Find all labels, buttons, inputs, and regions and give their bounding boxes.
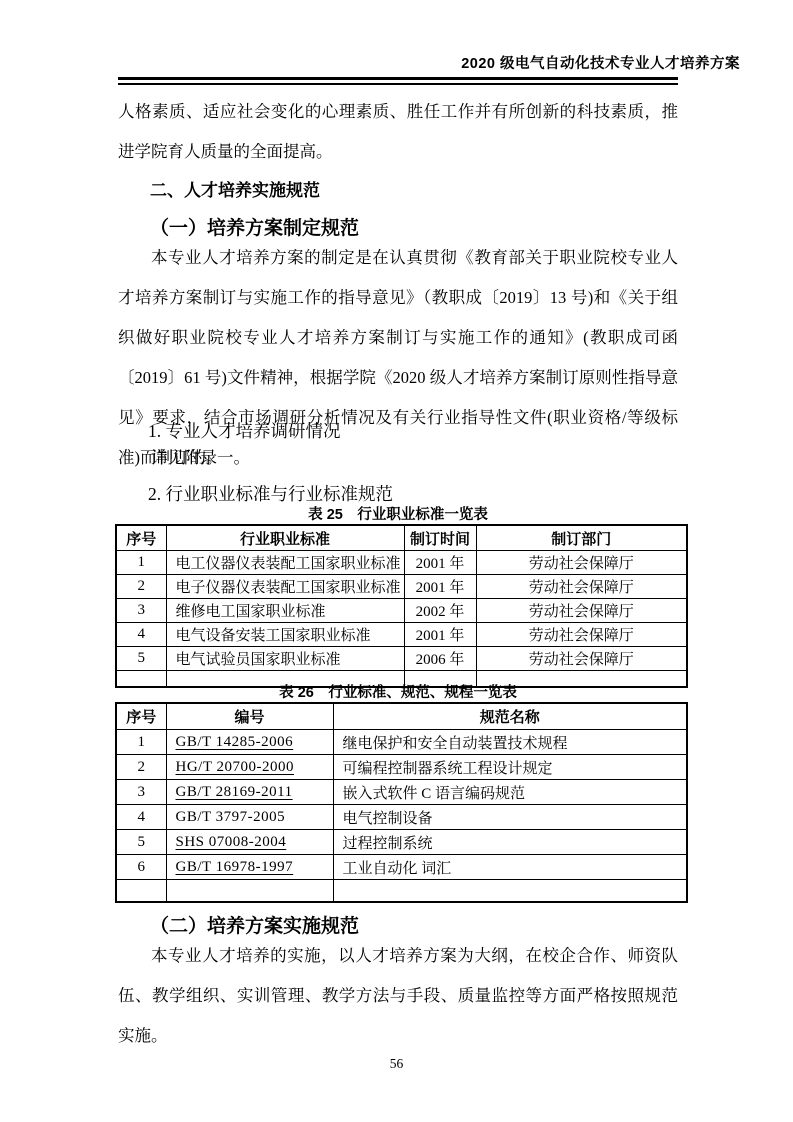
cell-code: SHS 07008-2004 <box>166 830 333 855</box>
subsection-heading-1: （一）培养方案制定规范 <box>150 213 359 240</box>
cell-code: GB/T 16978-1997 <box>166 855 333 880</box>
cell-year: 2001 年 <box>404 575 476 599</box>
cell-no: 4 <box>116 805 166 830</box>
cell-no: 1 <box>116 551 166 575</box>
table-25-header-no: 序号 <box>116 525 166 551</box>
cell-dept: 劳动社会保障厅 <box>476 623 687 647</box>
subsection-heading-2: （二）培养方案实施规范 <box>150 911 359 938</box>
cell-no: 2 <box>116 755 166 780</box>
table-row: 1 GB/T 14285-2006 继电保护和安全自动装置技术规程 <box>116 730 687 755</box>
table-26-caption: 表 26 行业标准、规范、规程一览表 <box>118 681 678 702</box>
cell-name: 工业自动化 词汇 <box>333 855 687 880</box>
cell-standard: 电气设备安装工国家职业标准 <box>166 623 404 647</box>
document-page: 2020 级电气自动化技术专业人才培养方案 人格素质、适应社会变化的心理素质、胜… <box>0 0 793 1122</box>
paragraph-intro: 人格素质、适应社会变化的心理素质、胜任工作并有所创新的科技素质，推进学院育人质量… <box>118 92 678 172</box>
occupational-standards-table-25: 序号 行业职业标准 制订时间 制订部门 1 电工仪器仪表装配工国家职业标准 20… <box>115 524 688 688</box>
cell-code: HG/T 20700-2000 <box>166 755 333 780</box>
cell-code: GB/T 28169-2011 <box>166 780 333 805</box>
cell-dept: 劳动社会保障厅 <box>476 599 687 623</box>
cell-standard: 电子仪器仪表装配工国家职业标准 <box>166 575 404 599</box>
cell-no: 6 <box>116 855 166 880</box>
table-row: 4 电气设备安装工国家职业标准 2001 年 劳动社会保障厅 <box>116 623 687 647</box>
section-heading-2: 二、人才培养实施规范 <box>150 176 320 201</box>
table-26-header-no: 序号 <box>116 703 166 730</box>
cell-standard: 维修电工国家职业标准 <box>166 599 404 623</box>
cell-name: 电气控制设备 <box>333 805 687 830</box>
cell-no: 3 <box>116 780 166 805</box>
table-row: 4 GB/T 3797-2005 电气控制设备 <box>116 805 687 830</box>
table-row: 2 电子仪器仪表装配工国家职业标准 2001 年 劳动社会保障厅 <box>116 575 687 599</box>
table-row: 3 维修电工国家职业标准 2002 年 劳动社会保障厅 <box>116 599 687 623</box>
header-divider-rule <box>118 77 678 85</box>
cell-no: 5 <box>116 830 166 855</box>
table-row: 5 SHS 07008-2004 过程控制系统 <box>116 830 687 855</box>
table-row: 5 电气试验员国家职业标准 2006 年 劳动社会保障厅 <box>116 647 687 671</box>
table-25-header-row: 序号 行业职业标准 制订时间 制订部门 <box>116 525 687 551</box>
table-25-header-standard: 行业职业标准 <box>166 525 404 551</box>
table-25-header-year: 制订时间 <box>404 525 476 551</box>
cell-year: 2001 年 <box>404 623 476 647</box>
page-header-title: 2020 级电气自动化技术专业人才培养方案 <box>118 52 740 73</box>
cell-name: 继电保护和安全自动装置技术规程 <box>333 730 687 755</box>
table-row: 1 电工仪器仪表装配工国家职业标准 2001 年 劳动社会保障厅 <box>116 551 687 575</box>
cell-year: 2002 年 <box>404 599 476 623</box>
industry-standards-table-26: 序号 编号 规范名称 1 GB/T 14285-2006 继电保护和安全自动装置… <box>115 702 688 903</box>
cell-code: GB/T 14285-2006 <box>166 730 333 755</box>
cell-dept: 劳动社会保障厅 <box>476 551 687 575</box>
cell-no: 3 <box>116 599 166 623</box>
cell-dept: 劳动社会保障厅 <box>476 575 687 599</box>
cell-no: 4 <box>116 623 166 647</box>
paragraph-see-appendix: 详见附录一。 <box>118 444 678 472</box>
table-26-header-row: 序号 编号 规范名称 <box>116 703 687 730</box>
cell-year: 2006 年 <box>404 647 476 671</box>
table-empty-row <box>116 880 687 903</box>
table-row: 2 HG/T 20700-2000 可编程控制器系统工程设计规定 <box>116 755 687 780</box>
table-26-header-name: 规范名称 <box>333 703 687 730</box>
table-26-header-code: 编号 <box>166 703 333 730</box>
cell-code: GB/T 3797-2005 <box>166 805 333 830</box>
cell-name: 过程控制系统 <box>333 830 687 855</box>
table-row: 3 GB/T 28169-2011 嵌入式软件 C 语言编码规范 <box>116 780 687 805</box>
table-row: 6 GB/T 16978-1997 工业自动化 词汇 <box>116 855 687 880</box>
table-25-header-dept: 制订部门 <box>476 525 687 551</box>
cell-standard: 电气试验员国家职业标准 <box>166 647 404 671</box>
cell-standard: 电工仪器仪表装配工国家职业标准 <box>166 551 404 575</box>
numbered-heading-1: 1. 专业人才培养调研情况 <box>148 418 341 443</box>
cell-no: 2 <box>116 575 166 599</box>
cell-no: 1 <box>116 730 166 755</box>
cell-name: 可编程控制器系统工程设计规定 <box>333 755 687 780</box>
cell-dept: 劳动社会保障厅 <box>476 647 687 671</box>
cell-no: 5 <box>116 647 166 671</box>
cell-year: 2001 年 <box>404 551 476 575</box>
paragraph-implementation: 本专业人才培养的实施，以人才培养方案为大纲，在校企合作、师资队伍、教学组织、实训… <box>118 936 678 1056</box>
page-number: 56 <box>0 1056 793 1072</box>
cell-name: 嵌入式软件 C 语言编码规范 <box>333 780 687 805</box>
table-25-caption: 表 25 行业职业标准一览表 <box>118 503 678 524</box>
